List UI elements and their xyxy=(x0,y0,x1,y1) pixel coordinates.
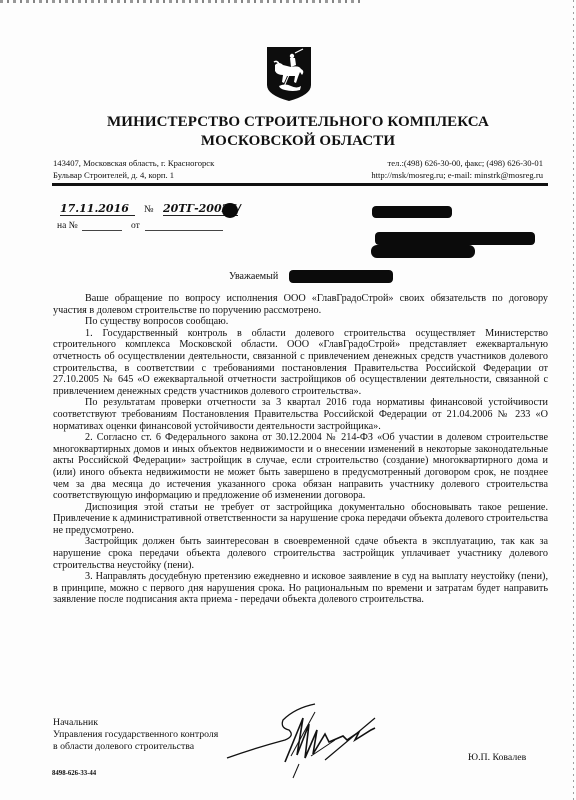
paragraph-disposition: Диспозиция этой статьи не требует от зас… xyxy=(53,502,548,537)
redaction-addressee-line1 xyxy=(372,206,452,218)
paragraph-intro: Ваше обращение по вопросу исполнения ООО… xyxy=(53,293,548,316)
contacts-web-email: http://msk/mosreg.ru; e-mail: minstrk@mo… xyxy=(371,169,543,181)
executor-phone: 8498-626-33-44 xyxy=(52,770,96,777)
paragraph-developer-interest: Застройщик должен быть заинтересован в с… xyxy=(53,536,548,571)
redaction-recipient-name xyxy=(289,270,393,283)
outgoing-number-label: № xyxy=(144,204,154,215)
paragraph-item1: 1. Государственный контроль в области до… xyxy=(53,328,548,398)
letter-page: МИНИСТЕРСТВО СТРОИТЕЛЬНОГО КОМПЛЕКСА МОС… xyxy=(0,0,576,800)
position-line3: в области долевого строительства xyxy=(53,741,218,753)
reference-number-blank xyxy=(82,230,122,231)
reference-number-label: на № xyxy=(57,221,78,231)
paragraph-report: По существу вопросов сообщаю. xyxy=(53,316,548,328)
salutation: Уважаемый xyxy=(229,270,278,283)
ministry-title-line1: МИНИСТЕРСТВО СТРОИТЕЛЬНОГО КОМПЛЕКСА xyxy=(0,113,576,132)
ministry-address: 143407, Московская область, г. Красногор… xyxy=(53,157,214,181)
contacts-phone-fax: тел.:(498) 626-30-00, факс; (498) 626-30… xyxy=(371,157,543,169)
coat-of-arms-icon xyxy=(265,45,313,103)
ministry-contacts: тел.:(498) 626-30-00, факс; (498) 626-30… xyxy=(371,157,543,181)
handwritten-signature-icon xyxy=(225,700,400,780)
reference-date-blank xyxy=(145,230,223,231)
position-line2: Управления государственного контроля xyxy=(53,729,218,741)
position-line1: Начальник xyxy=(53,717,218,729)
signatory-position: Начальник Управления государственного ко… xyxy=(53,717,218,753)
paragraph-item2: 2. Согласно ст. 6 Федерального закона от… xyxy=(53,432,548,502)
reference-date-label: от xyxy=(131,221,140,231)
redaction-addressee-line2 xyxy=(375,232,535,245)
address-line2: Бульвар Строителей, д. 4, корп. 1 xyxy=(53,169,214,181)
header-divider xyxy=(52,183,548,186)
ministry-title-line2: МОСКОВСКОЙ ОБЛАСТИ xyxy=(0,132,576,151)
address-line1: 143407, Московская область, г. Красногор… xyxy=(53,157,214,169)
redaction-addressee-line3 xyxy=(371,245,475,258)
scan-artifact-top xyxy=(0,0,360,3)
letter-body: Ваше обращение по вопросу исполнения ООО… xyxy=(53,293,548,606)
redaction-number-suffix xyxy=(222,203,238,218)
signatory-name: Ю.П. Ковалев xyxy=(468,752,526,763)
ministry-title: МИНИСТЕРСТВО СТРОИТЕЛЬНОГО КОМПЛЕКСА МОС… xyxy=(0,113,576,151)
paragraph-audit-result: По результатам проверки отчетности за 3 … xyxy=(53,397,548,432)
paragraph-item3: 3. Направлять досудебную претензию ежедн… xyxy=(53,571,548,606)
outgoing-date: 17.11.2016 xyxy=(60,203,135,216)
